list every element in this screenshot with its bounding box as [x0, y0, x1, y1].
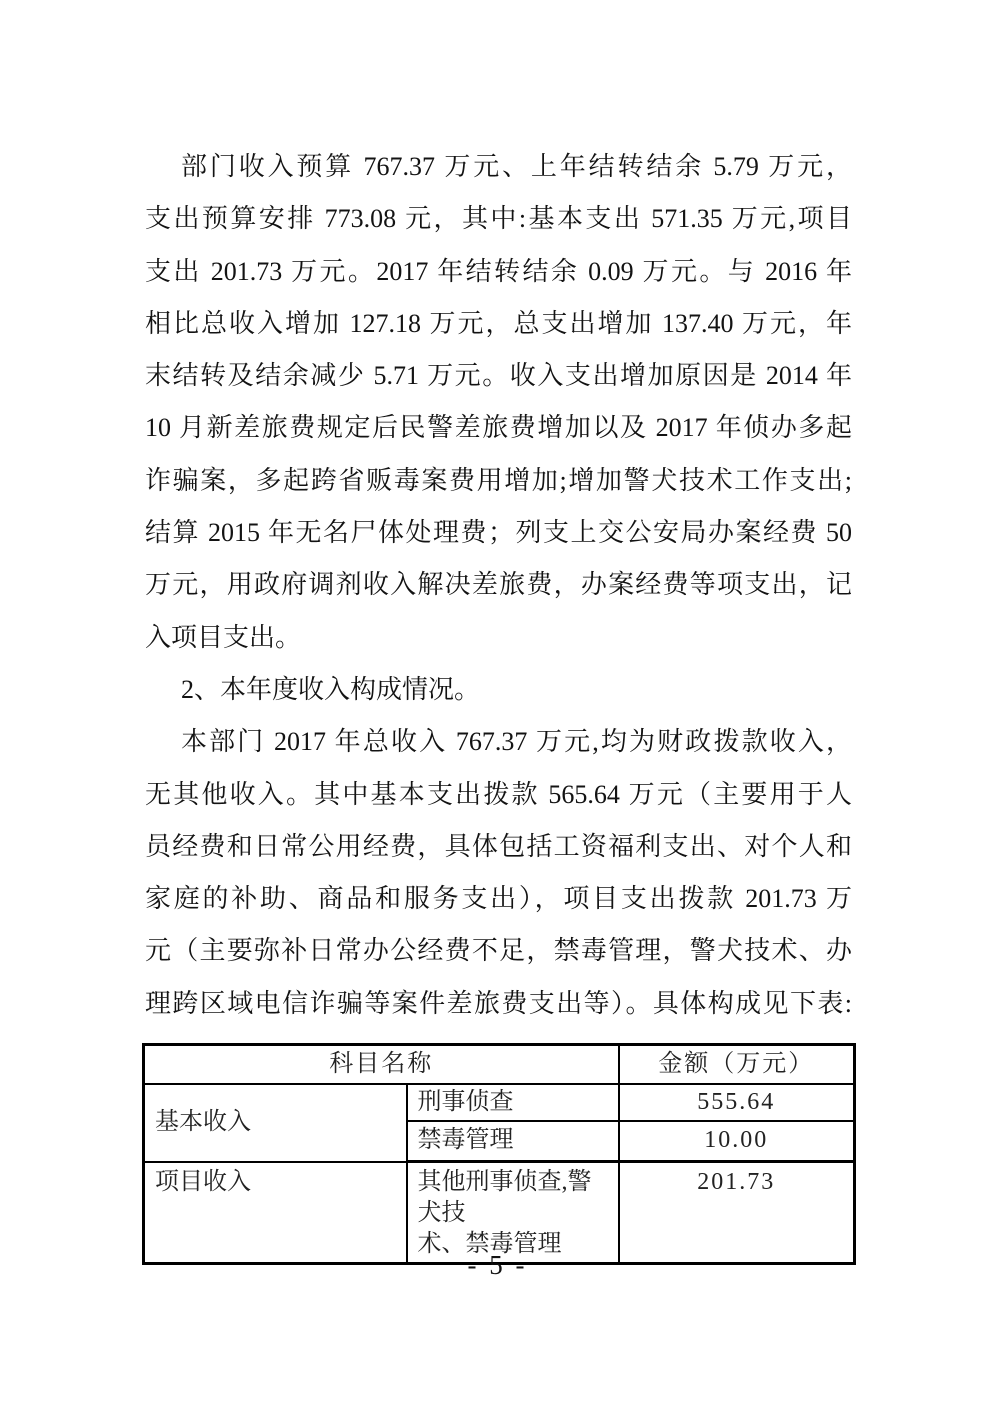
body-text-line: 元（主要弥补日常办公经费不足，禁毒管理，警犬技术、办 — [145, 925, 852, 977]
body-text-line: 无其他收入。其中基本支出拨款 565.64 万元（主要用于人 — [145, 769, 852, 821]
table-row: 基本收入 刑事侦查 555.64 — [144, 1084, 855, 1121]
body-text-line: 末结转及结余减少 5.71 万元。收入支出增加原因是 2014 年 — [145, 350, 852, 402]
table-header-row: 科目名称 金额（万元） — [144, 1045, 855, 1084]
body-text-line: 支出预算安排 773.08 元，其中:基本支出 571.35 万元,项目 — [145, 193, 852, 245]
cell-amount: 201.73 — [619, 1162, 855, 1264]
body-text-line: 家庭的补助、商品和服务支出），项目支出拨款 201.73 万 — [145, 873, 852, 925]
cell-amount: 10.00 — [619, 1121, 855, 1162]
page-number: - 5 - — [0, 1250, 992, 1281]
body-text-line: 10 月新差旅费规定后民警差旅费增加以及 2017 年侦办多起 — [145, 402, 852, 454]
body-text-line: 2、本年度收入构成情况。 — [145, 664, 852, 716]
cell-item: 其他刑事侦查,警犬技 术、禁毒管理 — [407, 1162, 619, 1264]
body-text-line: 万元，用政府调剂收入解决差旅费，办案经费等项支出，记 — [145, 559, 852, 611]
column-header-subject: 科目名称 — [144, 1045, 619, 1084]
column-header-amount: 金额（万元） — [619, 1045, 855, 1084]
body-text-line: 支出 201.73 万元。2017 年结转结余 0.09 万元。与 2016 年 — [145, 246, 852, 298]
body-text-line: 员经费和日常公用经费，具体包括工资福利支出、对个人和 — [145, 821, 852, 873]
body-text-line: 理跨区域电信诈骗等案件差旅费支出等）。具体构成见下表: — [145, 978, 852, 1030]
body-paragraphs: 部门收入预算 767.37 万元、上年结转结余 5.79 万元，支出预算安排 7… — [145, 141, 852, 1030]
cell-item: 禁毒管理 — [407, 1121, 619, 1162]
body-text-line: 诈骗案，多起跨省贩毒案费用增加;增加警犬技术工作支出; — [145, 455, 852, 507]
cell-category-basic-income: 基本收入 — [144, 1084, 407, 1162]
cell-item: 刑事侦查 — [407, 1084, 619, 1121]
table-row: 项目收入 其他刑事侦查,警犬技 术、禁毒管理 201.73 — [144, 1162, 855, 1264]
body-text-line: 入项目支出。 — [145, 612, 852, 664]
document-page: 部门收入预算 767.37 万元、上年结转结余 5.79 万元，支出预算安排 7… — [0, 0, 992, 1403]
body-text-line: 相比总收入增加 127.18 万元，总支出增加 137.40 万元，年 — [145, 298, 852, 350]
document-body: 部门收入预算 767.37 万元、上年结转结余 5.79 万元，支出预算安排 7… — [145, 141, 852, 1265]
income-composition-table: 科目名称 金额（万元） 基本收入 刑事侦查 555.64 禁毒管理 10.00 … — [142, 1043, 856, 1265]
body-text-line: 本部门 2017 年总收入 767.37 万元,均为财政拨款收入， — [145, 716, 852, 768]
cell-category-project-income: 项目收入 — [144, 1162, 407, 1264]
body-text-line: 部门收入预算 767.37 万元、上年结转结余 5.79 万元， — [145, 141, 852, 193]
cell-amount: 555.64 — [619, 1084, 855, 1121]
body-text-line: 结算 2015 年无名尸体处理费；列支上交公安局办案经费 50 — [145, 507, 852, 559]
